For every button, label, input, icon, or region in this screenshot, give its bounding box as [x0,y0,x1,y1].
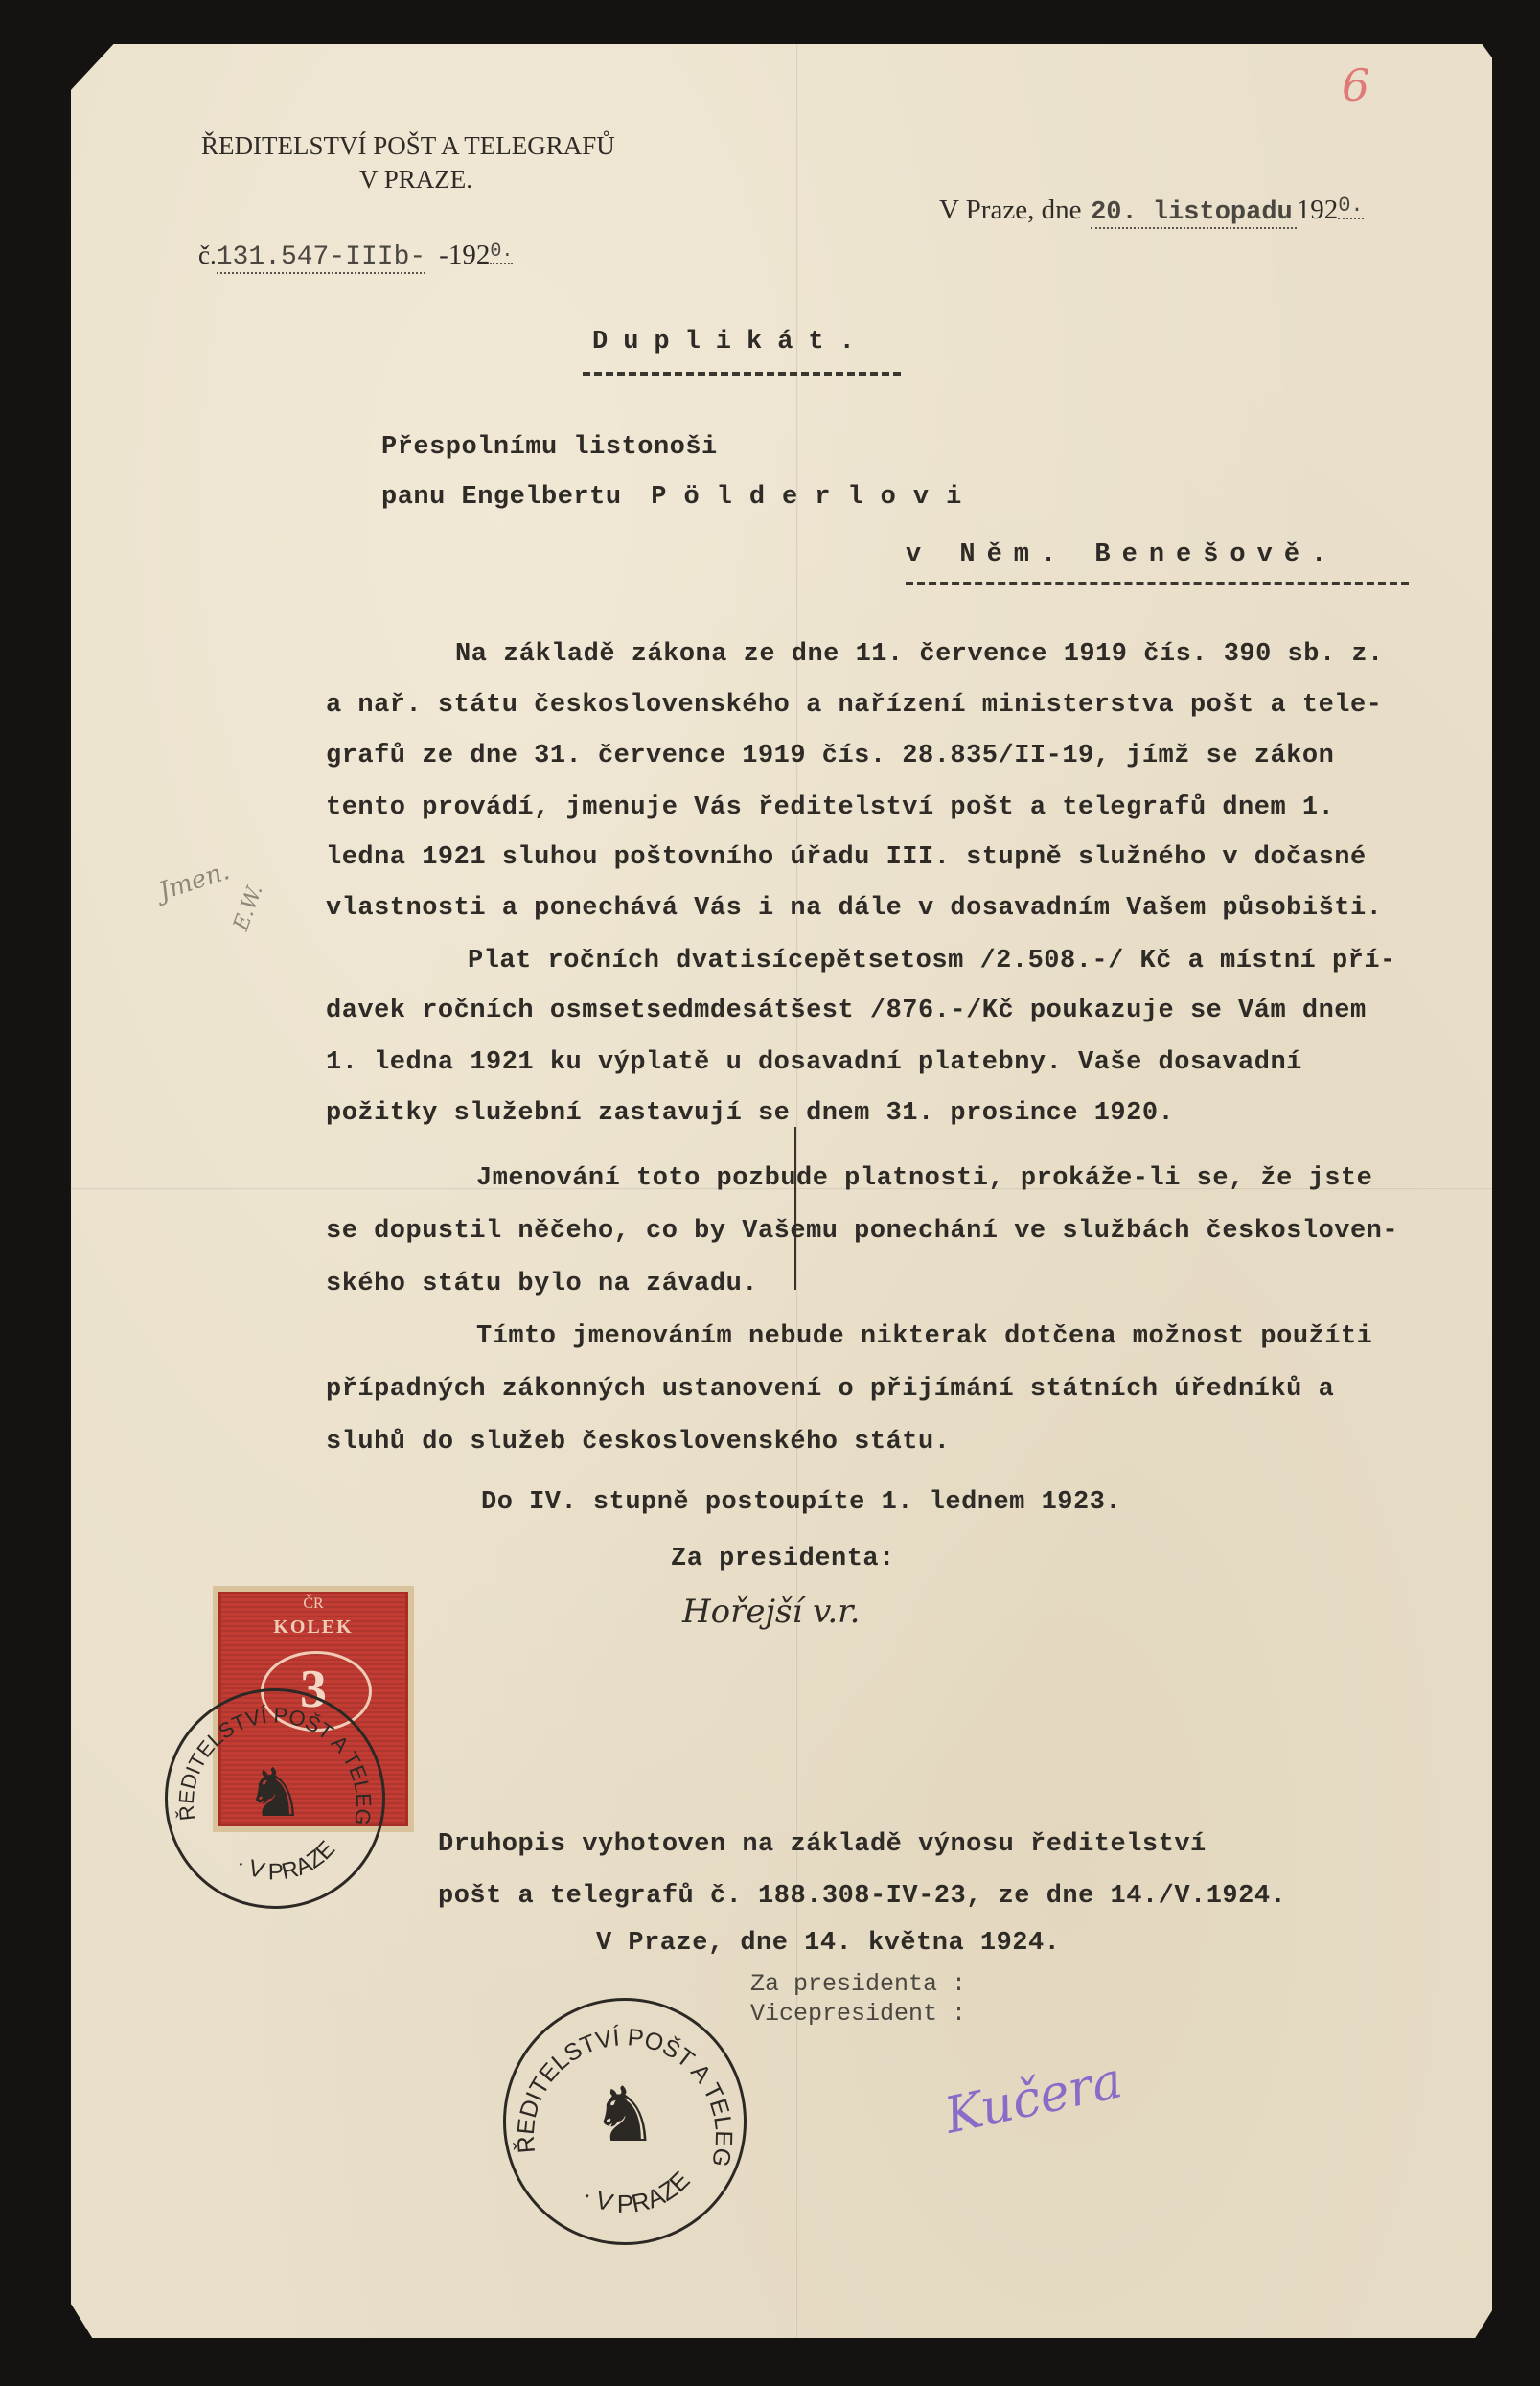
ref-year-prefix: -192 [439,240,490,270]
addressee-underline [906,582,1409,585]
body-line: sluhů do služeb československého státu. [326,1428,950,1457]
body-line: vlastnosti a ponechává Vás i na dále v d… [326,894,1382,923]
body-line: 1. ledna 1921 ku výplatě u dosavadní pla… [326,1048,1302,1077]
stamp-country: ČR [218,1595,408,1613]
addressee-place: v Něm. Benešově. [906,540,1338,569]
duplicate-note-date: V Praze, dne 14. května 1924. [596,1929,1060,1958]
lion-emblem-icon: ♞ [577,2069,672,2175]
body-line: a nař. státu československého a nařízení… [326,691,1382,720]
header-office-name: ŘEDITELSTVÍ POŠT A TELEGRAFŮ [201,131,615,161]
ref-year-suffix: 0. [490,241,513,264]
header-city: V PRAZE. [359,165,472,195]
official-seal-2: ŘEDITELSTVÍ POŠT A TELEGRAFŮ · V PRAZE ·… [503,1998,747,2245]
addressee-honorific: panu Engelbertu [381,483,622,512]
body-line: ského státu bylo na závadu. [326,1270,758,1298]
body-line: případných zákonných ustanovení o přijím… [326,1375,1334,1404]
place-date: V Praze, dne 20. listopadu1920. [939,194,1364,227]
body-line: se dopustil něčeho, co by Vašemu ponechá… [326,1217,1398,1246]
body-line: Tímto jmenováním nebude nikterak dotčena… [476,1322,1372,1351]
body-line: grafů ze dne 31. července 1919 čís. 28.8… [326,742,1334,770]
place-date-prefix: V Praze, dne [939,195,1081,225]
duplicate-note-line2: pošt a telegrafů č. 188.308-IV-23, ze dn… [438,1882,1286,1911]
body-line: tento provádí, jmenuje Vás ředitelství p… [326,793,1334,822]
document-title: Duplikát. [592,328,870,356]
ref-number-value: 131.547-IIIb- [217,242,425,274]
ref-prefix: č. [198,241,217,269]
second-signature-title: Vicepresident : [750,2000,966,2028]
body-line: ledna 1921 sluhou poštovního úřadu III. … [326,843,1367,872]
body-line: Do IV. stupně postoupíte 1. lednem 1923. [481,1488,1121,1517]
addressee-line2: panu Engelbertu Pölderlovi [381,483,978,512]
addressee-line1: Přespolnímu listonoši [381,433,718,462]
place-date-year-suffix: 0. [1338,194,1363,219]
second-signature-label: Za presidenta : [750,1970,966,1998]
reference-number: č.131.547-IIIb--1920. [198,240,513,272]
place-date-year-prefix: 192 [1297,195,1339,225]
signature-horejsi: Hořejší v.r. [682,1593,860,1631]
body-line: Na základě zákona ze dne 11. července 19… [455,640,1384,669]
body-line: davek ročních osmsetsedmdesátšest /876.-… [326,997,1367,1025]
duplicate-note-line1: Druhopis vyhotoven na základě výnosu řed… [438,1830,1207,1859]
official-seal-1: ŘEDITELSTVÍ POŠT A TELEGRAFŮ · V PRAZE ·… [165,1688,385,1909]
stamp-label: KOLEK [218,1617,408,1639]
body-line: Plat ročních dvatisícepětsetosm /2.508.-… [468,947,1396,975]
body-line: požitky služební zastavují se dnem 31. p… [326,1099,1174,1128]
signature-label: Za presidenta: [671,1545,895,1573]
page-number-mark: 6 [1342,59,1369,111]
lion-emblem-icon: ♞ [232,1752,318,1847]
addressee-surname: Pölderlovi [651,483,978,512]
place-date-day-month: 20. listopadu [1091,198,1297,229]
fold-tear [794,1127,796,1290]
title-underline [583,372,901,376]
body-line: Jmenování toto pozbude platnosti, prokáž… [476,1164,1372,1193]
